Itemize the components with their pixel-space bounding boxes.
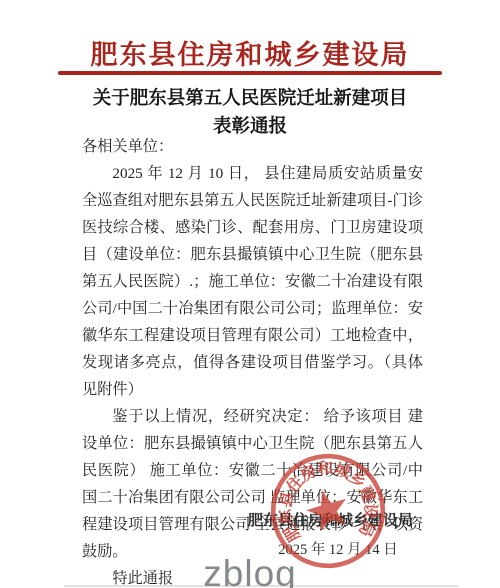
- issuing-agency-header: 肥东县住房和城乡建设局: [0, 33, 500, 72]
- seal-star-icon: [302, 484, 352, 533]
- header-red-rule: [58, 71, 442, 75]
- document-title-line1: 关于肥东县第五人民医院迁址新建项目: [0, 85, 500, 113]
- official-seal: 肥东县住房和城乡建设局: [262, 445, 394, 577]
- body-paragraph-1: 2025 年 12 月 10 日， 县住建局质安站质量安全巡查组对肥东县第五人民…: [82, 160, 423, 403]
- official-notice-page: 肥东县住房和城乡建设局 关于肥东县第五人民医院迁址新建项目 表彰通报 各相关单位…: [0, 0, 500, 588]
- watermark-text: zblog: [0, 553, 500, 588]
- salutation: 各相关单位：: [82, 133, 423, 160]
